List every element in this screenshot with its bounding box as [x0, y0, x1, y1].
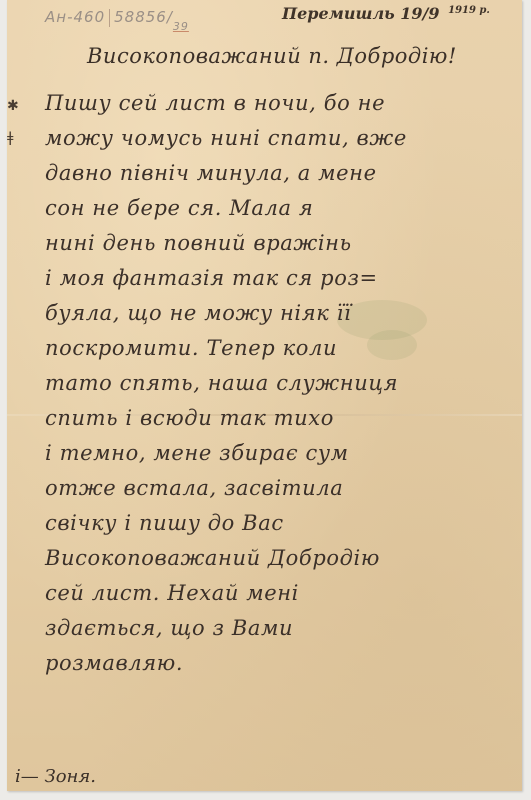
signature: i— Зоня.: [15, 766, 96, 787]
margin-mark-top: ✱: [7, 98, 19, 114]
place-name: Перемишль: [282, 4, 395, 23]
body-line: можу чомусь нині спати, вже: [45, 121, 522, 156]
signature-dash: i—: [15, 766, 44, 787]
salutation: Високоповажаний п. Добродію!: [87, 44, 457, 68]
body-line: і темно, мене збирає сум: [45, 436, 522, 471]
body-line: Високоповажаний Добродію: [45, 541, 522, 576]
dateline: Перемишль 19/9 1919 р.: [282, 4, 490, 23]
body-line: нині день повний вражінь: [45, 226, 522, 261]
body-line: і моя фантазія так ся роз=: [45, 261, 522, 296]
body-line: спить і всюди так тихо: [45, 401, 522, 436]
margin-mark-mid: ǂ: [7, 130, 13, 146]
body-line: свічку і пишу до Вас: [45, 506, 522, 541]
sheet-number: 39: [173, 20, 189, 33]
date: 19/9: [400, 4, 439, 23]
body-line: тато спять, наша служниця: [45, 366, 522, 401]
inventory-number: 58856: [114, 8, 167, 26]
body-line: розмавляю.: [45, 646, 522, 681]
body-line: отже встала, засвітила: [45, 471, 522, 506]
scanned-letter: Ан-46058856/39 Перемишль 19/9 1919 р. Ви…: [0, 0, 531, 800]
divider: [109, 9, 110, 27]
archival-marks: Ан-46058856/39: [45, 8, 189, 33]
letter-body: Пишу сей лист в ночи, бо не можу чомусь …: [45, 86, 522, 681]
shelf-mark: Ан-460: [45, 8, 105, 26]
body-line: Пишу сей лист в ночи, бо не: [45, 86, 522, 121]
body-line: сей лист. Нехай мені: [45, 576, 522, 611]
body-line: давно північ минула, а мене: [45, 156, 522, 191]
paper-sheet: Ан-46058856/39 Перемишль 19/9 1919 р. Ви…: [7, 0, 522, 791]
body-line: сон не бере ся. Мала я: [45, 191, 522, 226]
year: 1919 р.: [448, 5, 490, 16]
signature-name: Зоня.: [44, 766, 96, 787]
body-line: здається, що з Вами: [45, 611, 522, 646]
body-line: поскромити. Тепер коли: [45, 331, 522, 366]
body-line: буяла, що не можу ніяк її: [45, 296, 522, 331]
